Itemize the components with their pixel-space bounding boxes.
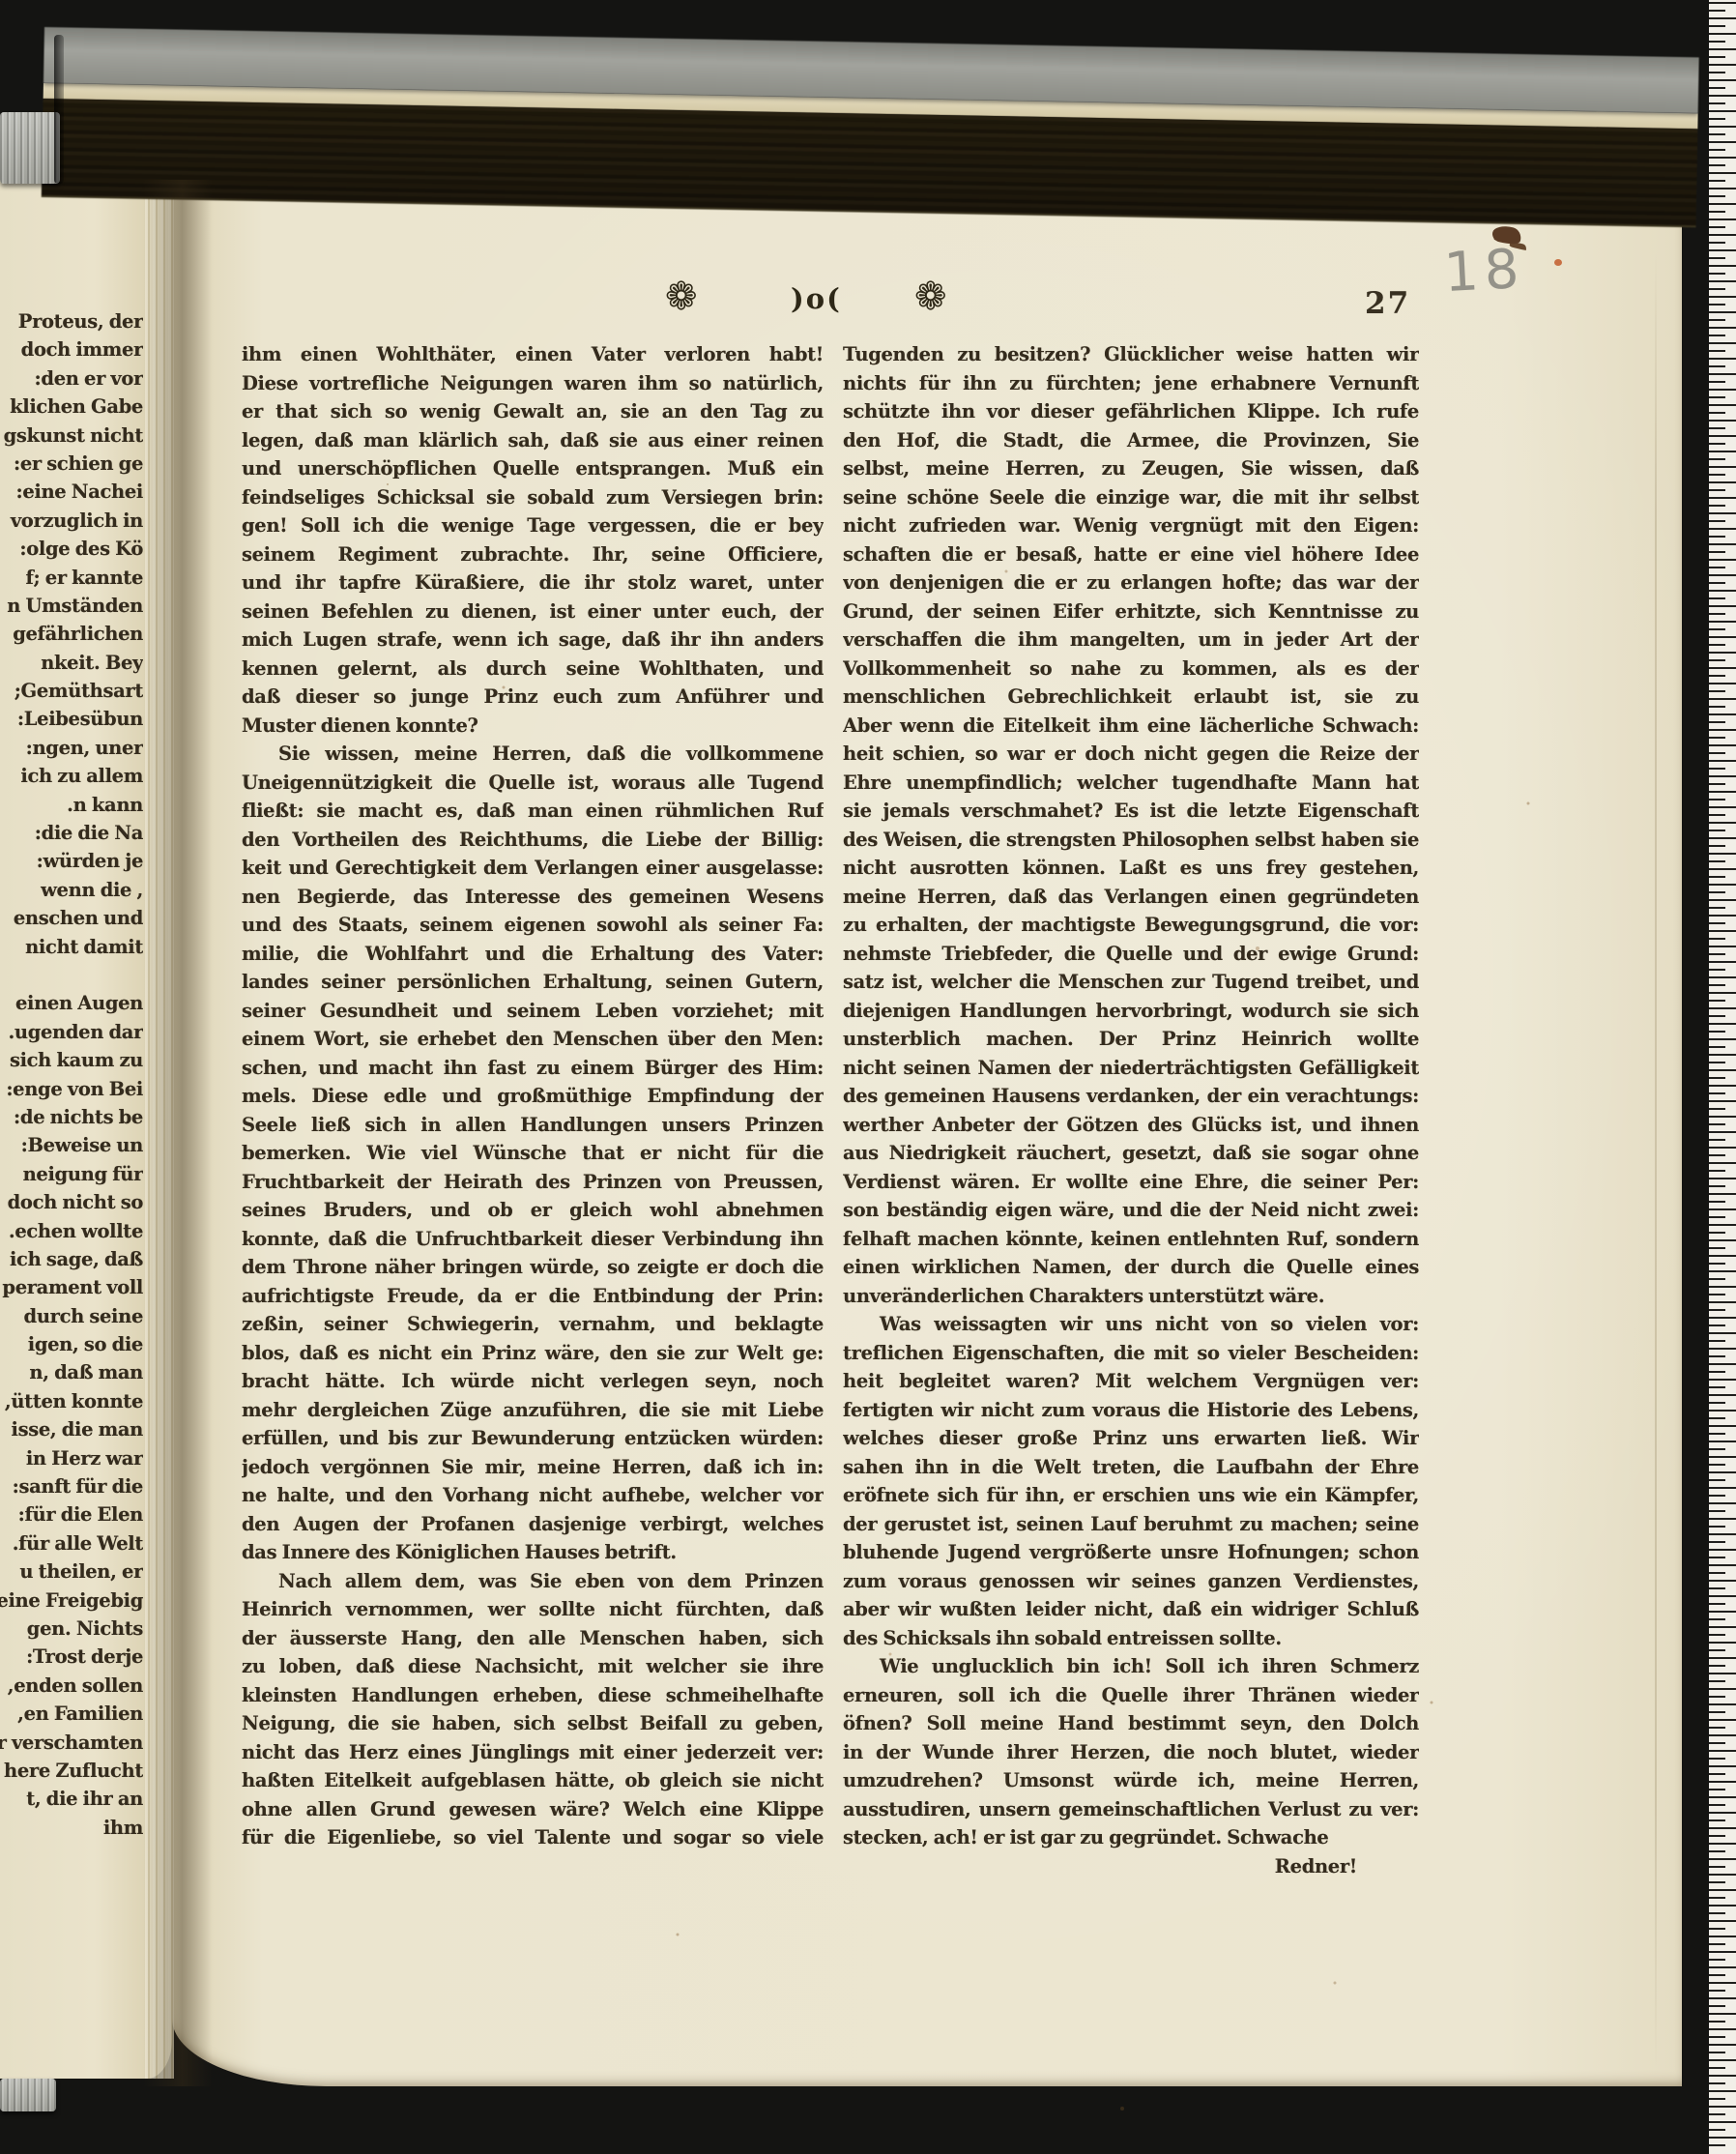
ruler-tick	[1709, 1734, 1736, 1736]
ruler-tick	[1709, 1348, 1736, 1350]
ruler-tick	[1709, 915, 1736, 917]
ruler-tick	[1709, 1448, 1725, 1450]
ruler-tick	[1709, 1866, 1725, 1868]
text-line: kennen gelernt, als durch seine Wohlthat…	[242, 655, 824, 684]
ruler-tick	[1709, 195, 1725, 197]
facing-text-line: die die Na:	[0, 819, 143, 847]
ruler-tick	[1709, 1966, 1736, 1968]
ruler-tick	[1709, 1765, 1736, 1767]
ruler-tick	[1709, 1750, 1736, 1752]
book-top-edge	[42, 27, 1699, 227]
ruler-tick	[1709, 1982, 1736, 1984]
ruler-tick	[1709, 1711, 1725, 1713]
ruler-tick	[1709, 1425, 1736, 1427]
ruler-tick	[1709, 474, 1725, 476]
text-line: felhaft machen könnte, keinen entlehnten…	[843, 1225, 1419, 1254]
facing-text-line	[0, 961, 143, 989]
ruler-tick	[1709, 1587, 1725, 1589]
ruler-tick	[1709, 582, 1725, 584]
facing-text-line: olge des Kö:	[0, 535, 143, 563]
ruler-tick	[1709, 249, 1736, 251]
ruler-tick	[1709, 95, 1736, 97]
facing-text-line: here Zuflucht	[0, 1757, 143, 1785]
ruler-tick	[1709, 574, 1736, 576]
text-line: Verdienst wären. Er wollte eine Ehre, di…	[843, 1168, 1419, 1197]
ruler-tick	[1709, 605, 1736, 607]
ruler-tick	[1709, 157, 1736, 159]
ruler-tick	[1709, 1936, 1736, 1937]
facing-text-line: doch immer	[0, 335, 143, 364]
ruler-tick	[1709, 17, 1736, 19]
text-line: für die Eigenliebe, so viel Talente und …	[242, 1823, 824, 1852]
text-line: der äusserste Hang, den alle Menschen ha…	[242, 1624, 824, 1653]
ruler-tick	[1709, 226, 1725, 228]
ruler-tick	[1709, 830, 1725, 831]
facing-text-line: Beweise un:	[0, 1131, 143, 1159]
ruler-tick	[1709, 2005, 1725, 2007]
text-line: zu loben, daß diese Nachsicht, mit welch…	[242, 1652, 824, 1681]
ruler-tick	[1709, 110, 1736, 112]
facing-text-line: neigung für	[0, 1160, 143, 1188]
ruler-tick	[1709, 1379, 1736, 1381]
ruler-tick	[1709, 126, 1736, 128]
paragraph: Sie wissen, meine Herren, daß die vollko…	[242, 740, 824, 1567]
text-line: landes seiner persönlichen Erhaltung, se…	[242, 968, 824, 997]
ruler-tick	[1709, 1263, 1725, 1265]
facing-text-line: nkeit. Bey	[0, 649, 143, 677]
ruler-tick	[1709, 1665, 1725, 1667]
ruler-tick	[1709, 559, 1736, 561]
ruler-tick	[1709, 1441, 1736, 1442]
ruler-tick	[1709, 1023, 1736, 1025]
text-line: satz ist, welcher die Menschen zur Tugen…	[843, 968, 1419, 997]
ruler-tick	[1709, 1007, 1736, 1009]
text-line: welches dieser große Prinz uns erwarten …	[843, 1424, 1419, 1453]
spine-crevice	[54, 35, 64, 184]
ruler-tick	[1709, 1185, 1725, 1187]
ruler-tick	[1709, 1549, 1736, 1551]
ruler-tick	[1709, 752, 1725, 754]
facing-text-line: enge von Bei:	[0, 1075, 143, 1103]
text-line: Fruchtbarkeit der Heirath des Prinzen vo…	[242, 1168, 824, 1197]
ruler-tick	[1709, 427, 1725, 429]
ruler-tick	[1709, 1131, 1736, 1133]
text-line: eröfnete sich für ihn, er erschien uns w…	[843, 1481, 1419, 1510]
ruler-tick	[1709, 164, 1725, 166]
facing-text-line: gen. Nichts	[0, 1615, 143, 1643]
headband-bottom-icon	[0, 2079, 56, 2111]
ruler-tick	[1709, 1038, 1736, 1040]
ruler-tick	[1709, 41, 1725, 43]
text-line: Diese vortrefliche Neigungen waren ihm s…	[242, 369, 824, 398]
facing-text-line: einen Augen	[0, 989, 143, 1017]
ruler-tick	[1709, 335, 1725, 336]
ruler-tick	[1709, 907, 1725, 909]
ruler-tick	[1709, 675, 1725, 677]
ruler-tick	[1709, 528, 1736, 530]
ruler-tick	[1709, 1301, 1736, 1303]
text-line: Seele ließ sich in allen Handlungen unse…	[242, 1111, 824, 1140]
ruler-tick	[1709, 497, 1736, 499]
ruler-tick	[1709, 806, 1736, 808]
facing-text-line: den er vor:	[0, 364, 143, 393]
ruler-tick	[1709, 1812, 1736, 1814]
ruler-tick	[1709, 1471, 1736, 1473]
text-line: nicht zufrieden war. Wenig vergnügt mit …	[843, 511, 1419, 540]
ruler-tick	[1709, 443, 1725, 445]
ruler-tick	[1709, 551, 1725, 553]
text-line: zu erhalten, der machtigste Bewegungsgru…	[843, 911, 1419, 940]
ruler-tick	[1709, 1031, 1725, 1033]
ruler-tick	[1709, 621, 1736, 623]
text-line: seiner Gesundheit und seinem Leben vorzi…	[242, 997, 824, 1026]
ruler-tick	[1709, 505, 1725, 507]
text-line: bemerken. Wie viel Wünsche that er nicht…	[242, 1139, 824, 1168]
ruler-tick	[1709, 1046, 1725, 1048]
ruler-tick	[1709, 953, 1725, 955]
ruler-tick	[1709, 1317, 1736, 1319]
ruler-tick	[1709, 1789, 1725, 1790]
ruler-tick	[1709, 1108, 1725, 1110]
ruler-tick	[1709, 814, 1725, 816]
text-line: das Innere des Königlichen Hauses betrif…	[242, 1538, 824, 1567]
facing-text-line: durch seine	[0, 1302, 143, 1330]
ruler-tick	[1709, 845, 1725, 847]
text-line: Grund, der seinen Eifer erhitzte, sich K…	[843, 597, 1419, 626]
text-line: öfnen? Soll meine Hand bestimmt seyn, de…	[843, 1709, 1419, 1738]
ruler-tick	[1709, 420, 1736, 422]
ruler-tick	[1709, 1827, 1736, 1829]
ruler-tick	[1709, 2028, 1736, 2030]
ruler-tick	[1709, 1479, 1725, 1481]
text-line: Vollkommenheit so nahe zu kommen, als es…	[843, 655, 1419, 684]
text-line: und ihr tapfre Küraßiere, die ihr stolz …	[242, 568, 824, 597]
text-line: kleinsten Handlungen erheben, diese schm…	[242, 1681, 824, 1710]
ruler-tick	[1709, 667, 1736, 669]
ruler-tick	[1709, 1533, 1736, 1535]
ruler-tick	[1709, 2144, 1725, 2146]
ruler-tick	[1709, 644, 1725, 646]
ruler-tick	[1709, 1386, 1725, 1388]
ruler-tick	[1709, 1742, 1725, 1744]
text-line: des Schicksals ihn sobald entreissen sol…	[843, 1624, 1419, 1653]
text-line: des gemeinen Hausens verdanken, der ein …	[843, 1082, 1419, 1111]
ruler-tick	[1709, 1340, 1725, 1342]
ruler-tick	[1709, 489, 1725, 491]
ruler-tick	[1709, 311, 1736, 313]
ruler-tick	[1709, 1510, 1725, 1512]
text-line: legen, daß man klärlich sah, daß sie aus…	[242, 426, 824, 455]
ruler-tick	[1709, 1062, 1725, 1063]
ruler-tick	[1709, 1123, 1725, 1125]
divider-ornament-icon: )o(	[791, 282, 842, 315]
text-line: treflichen Eigenschaften, die mit so vie…	[843, 1339, 1419, 1368]
ruler-tick	[1709, 2052, 1725, 2053]
facing-text-line: de nichts be:	[0, 1103, 143, 1131]
paragraph: Tugenden zu besitzen? Glücklicher weise …	[843, 340, 1419, 1310]
ruler-tick	[1709, 520, 1725, 522]
text-line: aufrichtigste Freude, da er die Entbindu…	[242, 1282, 824, 1311]
facing-text-line: perament voll	[0, 1273, 143, 1301]
ruler-tick	[1709, 1680, 1725, 1682]
paragraph: Nach allem dem, was Sie eben von dem Pri…	[242, 1567, 824, 1852]
ruler-tick	[1709, 1255, 1736, 1257]
ruler-tick	[1709, 1232, 1725, 1234]
facing-text-line: igen, so die	[0, 1330, 143, 1358]
ruler-tick	[1709, 1688, 1736, 1690]
ruler-tick	[1709, 1402, 1725, 1404]
ruler-tick	[1709, 257, 1725, 259]
ruler-tick	[1709, 1170, 1725, 1172]
text-line: den Augen der Profanen dasjenige verbirg…	[242, 1510, 824, 1539]
ruler-tick	[1709, 118, 1725, 120]
ruler-tick	[1709, 868, 1736, 870]
text-line: schützte ihn vor dieser gefährlichen Kli…	[843, 397, 1419, 426]
ruler-tick	[1709, 141, 1736, 143]
ruler-tick	[1709, 1015, 1725, 1017]
ruler-tick	[1709, 837, 1736, 839]
ruler-tick	[1709, 180, 1725, 182]
ruler-tick	[1709, 1324, 1725, 1326]
ruler-tick	[1709, 1410, 1736, 1412]
ruler-tick	[1709, 265, 1736, 267]
text-line: schaften die er besaß, hatte er eine vie…	[843, 540, 1419, 569]
ruler-tick	[1709, 1363, 1736, 1365]
ruler-tick	[1709, 1897, 1725, 1899]
ruler-tick	[1709, 775, 1736, 777]
facing-text-line: Trost derje:	[0, 1643, 143, 1671]
text-line: Uneigennützigkeit die Quelle ist, woraus…	[242, 769, 824, 798]
text-line: einem Wort, sie erhebet den Menschen übe…	[242, 1025, 824, 1054]
text-line: mehr dergleichen Züge anzuführen, die si…	[242, 1396, 824, 1425]
ruler-tick	[1709, 1069, 1736, 1071]
ruler-tick	[1709, 1874, 1736, 1876]
ruler-tick	[1709, 1796, 1736, 1798]
ruler-tick	[1709, 1649, 1725, 1651]
ruler-tick	[1709, 1804, 1725, 1806]
text-line: haßten Eitelkeit aufgeblasen hätte, ob g…	[242, 1766, 824, 1795]
facing-text-line: r verschamten	[0, 1729, 143, 1757]
ruler-tick	[1709, 976, 1736, 978]
text-line: nicht seinen Namen der niederträchtigste…	[843, 1054, 1419, 1083]
text-line: meine Herren, daß das Verlangen einen ge…	[843, 883, 1419, 912]
ruler-tick	[1709, 567, 1725, 568]
text-line: er that sich so wenig Gewalt an, sie an …	[242, 397, 824, 426]
ruler-tick	[1709, 481, 1736, 483]
ruler-tick	[1709, 799, 1725, 800]
text-line: des Weisen, die strengsten Philosophen s…	[843, 826, 1419, 855]
ruler-tick	[1709, 1905, 1736, 1907]
ruler-tick	[1709, 1843, 1736, 1845]
text-line: aber wir wußten leider nicht, daß ein wi…	[843, 1595, 1419, 1624]
text-line: verschaffen die ihm mangelten, um in jed…	[843, 626, 1419, 655]
facing-text-line: ihm	[0, 1814, 143, 1842]
text-line: Tugenden zu besitzen? Glücklicher weise …	[843, 340, 1419, 369]
facing-text-line: , wenn die	[0, 876, 143, 904]
ruler-tick	[1709, 2098, 1725, 2100]
ruler-tick	[1709, 1727, 1725, 1729]
ruler-tick	[1709, 737, 1725, 739]
ruler-tick	[1709, 273, 1725, 275]
ruler-tick	[1709, 946, 1736, 947]
facing-text-line: für die Elen:	[0, 1500, 143, 1528]
text-line: stecken, ach! er ist gar zu gegründet. S…	[843, 1823, 1419, 1852]
text-line: Ehre unempfindlich; welcher tugendhafte …	[843, 769, 1419, 798]
ruler-tick	[1709, 1332, 1736, 1334]
ruler-tick	[1709, 721, 1725, 723]
ruler-tick	[1709, 1580, 1736, 1582]
text-line: Redner!	[843, 1852, 1419, 1881]
ruler-tick	[1709, 938, 1725, 940]
ruler-tick	[1709, 1781, 1736, 1783]
ruler-tick	[1709, 1278, 1725, 1280]
facing-text-line: ich sage, daß	[0, 1245, 143, 1273]
text-line: nehmste Triebfeder, die Quelle und der e…	[843, 940, 1419, 969]
ruler-tick	[1709, 1526, 1725, 1528]
ruler-tick	[1709, 984, 1725, 986]
ruler-tick	[1709, 1997, 1736, 1999]
facing-text-line: enschen und	[0, 904, 143, 932]
ruler-tick	[1709, 922, 1725, 924]
pencil-folio-number: 18	[1442, 238, 1526, 305]
ruler-tick	[1709, 1294, 1725, 1295]
ruler-tick	[1709, 899, 1736, 901]
ruler-tick	[1709, 1193, 1736, 1195]
ruler-tick	[1709, 412, 1725, 414]
paragraph: ihm einen Wohlthäter, einen Vater verlor…	[242, 340, 824, 740]
text-line: unveränderlichen Charakters unterstützt …	[843, 1282, 1419, 1311]
ruler-tick	[1709, 791, 1736, 793]
ruler-tick	[1709, 822, 1736, 824]
ruler-tick	[1709, 2082, 1725, 2084]
ruler-tick	[1709, 296, 1736, 298]
text-line: nicht das Herz eines Jünglings mit einer…	[242, 1738, 824, 1767]
ruler-tick	[1709, 1642, 1736, 1644]
ruler-tick	[1709, 64, 1736, 66]
facing-text-line: isse, die man	[0, 1415, 143, 1443]
ruler-tick	[1709, 992, 1736, 994]
text-line: keit und Gerechtigkeit dem Verlangen ein…	[242, 854, 824, 883]
text-line: zum voraus genossen wir seines ganzen Ve…	[843, 1567, 1419, 1596]
ruler-tick	[1709, 365, 1725, 367]
ruler-tick	[1709, 698, 1736, 700]
ruler-tick	[1709, 1154, 1725, 1156]
text-line: Neigung, die sie haben, sich selbst Beif…	[242, 1709, 824, 1738]
text-line: seines Bruders, und ob er gleich wohl ab…	[242, 1196, 824, 1225]
ruler-tick	[1709, 25, 1725, 27]
ruler-tick	[1709, 1139, 1725, 1141]
ruler-tick	[1709, 2, 1736, 4]
ruler-tick	[1709, 218, 1736, 220]
ruler-tick	[1709, 1224, 1736, 1226]
facing-text-line: in Herz war	[0, 1444, 143, 1472]
ruler-tick	[1709, 543, 1736, 545]
text-line: jedoch vergönnen Sie mir, meine Herren, …	[242, 1453, 824, 1482]
text-line: aus Niedrigkeit räuchert, gesetzt, daß s…	[843, 1139, 1419, 1168]
facing-text-line: eine Nachei:	[0, 478, 143, 506]
text-line: seine schöne Seele die einzige war, die …	[843, 483, 1419, 512]
facing-text-line: ngen, uner:	[0, 734, 143, 762]
ruler-tick	[1709, 1000, 1725, 1002]
text-line: selbst, meine Herren, zu Zeugen, Sie wis…	[843, 454, 1419, 483]
ruler-tick	[1709, 133, 1725, 135]
text-line: erfüllen, und bis zur Bewunderung entzüc…	[242, 1424, 824, 1453]
ruler-tick	[1709, 466, 1736, 468]
ruler-tick	[1709, 1247, 1725, 1249]
text-line: Wie unglucklich bin ich! Soll ich ihren …	[843, 1652, 1419, 1681]
ruler-tick	[1709, 304, 1725, 306]
ruler-tick	[1709, 1116, 1736, 1118]
ruler-tick	[1709, 172, 1736, 174]
text-line: mels. Diese edle und großmüthige Empfind…	[242, 1082, 824, 1111]
ruler-tick	[1709, 1626, 1736, 1628]
text-line: heit begleitet waren? Mit welchem Vergnü…	[843, 1367, 1419, 1396]
text-line: Was weissagten wir uns nicht von so viel…	[843, 1310, 1419, 1339]
ruler-tick	[1709, 451, 1736, 452]
ruler-tick	[1709, 2059, 1736, 2061]
ruler-tick	[1709, 381, 1725, 383]
text-line: bluhende Jugend vergrößerte unsre Hofnun…	[843, 1538, 1419, 1567]
ruler-tick	[1709, 1162, 1736, 1164]
ruler-tick	[1709, 1928, 1725, 1930]
facing-text-line: gskunst nicht	[0, 422, 143, 450]
text-line: Muster dienen konnte?	[242, 712, 824, 741]
facing-text-line: ütten konnte,	[0, 1387, 143, 1415]
ruler-tick	[1709, 760, 1736, 762]
ruler-tick	[1709, 1309, 1725, 1311]
ruler-tick	[1709, 969, 1725, 971]
text-line: ne halte, und den Vorhang nicht aufhebe,…	[242, 1481, 824, 1510]
ruler-tick	[1709, 33, 1736, 35]
ruler-tick	[1709, 1456, 1736, 1458]
ruler-tick	[1709, 930, 1736, 932]
ruler-tick	[1709, 435, 1736, 437]
ruler-tick	[1709, 2044, 1736, 2046]
ruler-tick	[1709, 149, 1725, 151]
ruler-tick	[1709, 1541, 1725, 1543]
ruler-tick	[1709, 512, 1736, 514]
text-column-left: ihm einen Wohlthäter, einen Vater verlor…	[242, 340, 824, 1852]
ruler-tick	[1709, 1603, 1725, 1605]
text-line: umzudrehen? Umsonst würde ich, meine Her…	[843, 1766, 1419, 1795]
ruler-tick	[1709, 1417, 1725, 1419]
ruler-tick	[1709, 319, 1725, 321]
ruler-tick	[1709, 1696, 1725, 1698]
ruler-tick	[1709, 659, 1725, 661]
ruler-tick	[1709, 876, 1725, 878]
facing-text-line: Gemüthsart;	[0, 677, 143, 705]
ruler-tick	[1709, 713, 1736, 715]
ruler-tick	[1709, 2106, 1736, 2108]
ruler-tick	[1709, 1433, 1725, 1435]
text-line: blos, daß es nicht ein Prinz wäre, den s…	[242, 1339, 824, 1368]
ruler-tick	[1709, 1518, 1736, 1520]
page-fore-edge	[145, 180, 174, 2079]
ruler-tick	[1709, 1208, 1736, 1210]
ruler-tick	[1709, 1564, 1736, 1566]
facing-text-line: ich zu allem	[0, 762, 143, 790]
ruler-tick	[1709, 79, 1736, 81]
page-number: 27	[1365, 286, 1410, 321]
ruler-tick	[1709, 1618, 1725, 1620]
ruler-tick	[1709, 350, 1725, 352]
facing-text-line: u theilen, er	[0, 1557, 143, 1586]
facing-text-line: nicht damit	[0, 933, 143, 961]
ruler-tick	[1709, 342, 1736, 344]
page-crease	[1655, 251, 1657, 2069]
ruler-tick	[1709, 2113, 1725, 2115]
facing-text-line: enden sollen,	[0, 1672, 143, 1700]
